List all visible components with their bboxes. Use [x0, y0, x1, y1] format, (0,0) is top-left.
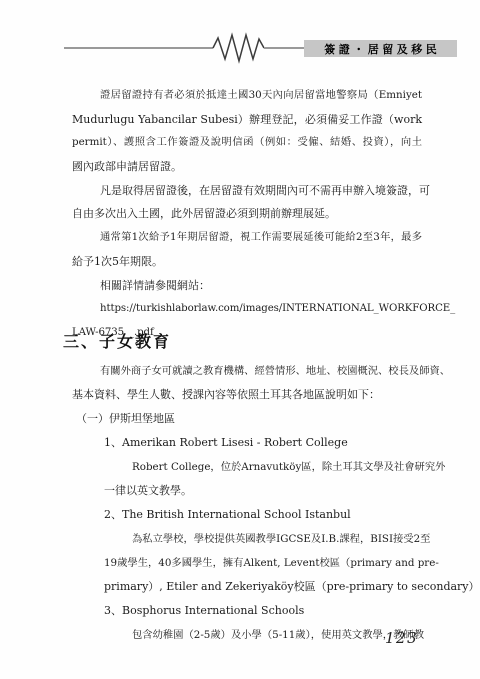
paragraph-line: 凡是取得居留證後，在居留證有效期間內可不需再申辦入境簽證，可	[100, 179, 422, 203]
page-number: 123	[385, 629, 418, 647]
paragraph-line: 有關外商子女可就讀之教育機構、經營情形、地址、校園概況、校長及師資、	[100, 359, 422, 383]
reference-url-text: https://turkishlaborlaw.com/images/INTER…	[100, 297, 422, 321]
school-description-line: Robert College，位於Arnavutköy區，除土耳其文學及社會研究…	[132, 455, 422, 479]
subsection-heading-istanbul: （一）伊斯坦堡地區	[76, 407, 480, 431]
school-description-line: 為私立學校，學校提供英國教學IGCSE及I.B.課程，BISI接受2至	[132, 527, 422, 551]
document-page: 簽證・居留及移民 證居留證持有者必須於抵達土國30天內向居留當地警察局（Emni…	[0, 0, 480, 679]
paragraph-line: 相關詳情請參閱網站：	[100, 274, 422, 298]
zigzag-divider-icon	[64, 30, 304, 66]
education-section-lines: 有關外商子女可就讀之教育機構、經營情形、地址、校園概況、校長及師資、 基本資料、…	[0, 359, 480, 647]
paragraph-line: 國內政部申請居留證。	[72, 155, 422, 179]
school-description-line: primary）, Etiler and Zekeriyaköy校區（pre-p…	[104, 575, 422, 599]
header-category-label: 簽證・居留及移民	[321, 41, 441, 57]
paragraph-line: 證居留證持有者必須於抵達土國30天內向居留當地警察局（Emniyet	[100, 84, 422, 108]
paragraph-line: Mudurlugu Yabancilar Subesi）辦理登記，必須備妥工作證…	[72, 108, 422, 132]
header-category-tab: 簽證・居留及移民	[304, 40, 457, 57]
list-item-school-name: 3、Bosphorus International Schools	[104, 599, 422, 623]
paragraph-line: permit）、護照含工作簽證及說明信函（例如：受僱、結婚、投資），向土	[72, 131, 422, 155]
list-item-school-name: 1、Amerikan Robert Lisesi - Robert Colleg…	[104, 431, 422, 455]
residence-permit-paragraphs: 證居留證持有者必須於抵達土國30天內向居留當地警察局（Emniyet Mudur…	[0, 84, 480, 345]
paragraph-line: 自由多次出入土國，此外居留證必須到期前辦理展延。	[72, 202, 422, 226]
paragraph-line: 基本資料、學生人數、授課內容等依照土耳其各地區說明如下：	[72, 383, 422, 407]
paragraph-line: 給予1次5年期限。	[72, 250, 422, 274]
school-description-line: 19歲學生，40多國學生，擁有Alkent, Levent校區（primary …	[104, 551, 422, 575]
school-description-line: 一律以英文教學。	[104, 479, 422, 503]
section-heading-child-education: 三、子女教育	[63, 329, 171, 352]
list-item-school-name: 2、The British International School Istan…	[104, 503, 422, 527]
paragraph-line: 通常第1次給予1年期居留證，視工作需要展延後可能給2至3年，最多	[100, 226, 422, 250]
school-description-line: 包含幼稚園（2-5歲）及小學（5-11歲），使用英文教學，教師教	[132, 623, 422, 647]
